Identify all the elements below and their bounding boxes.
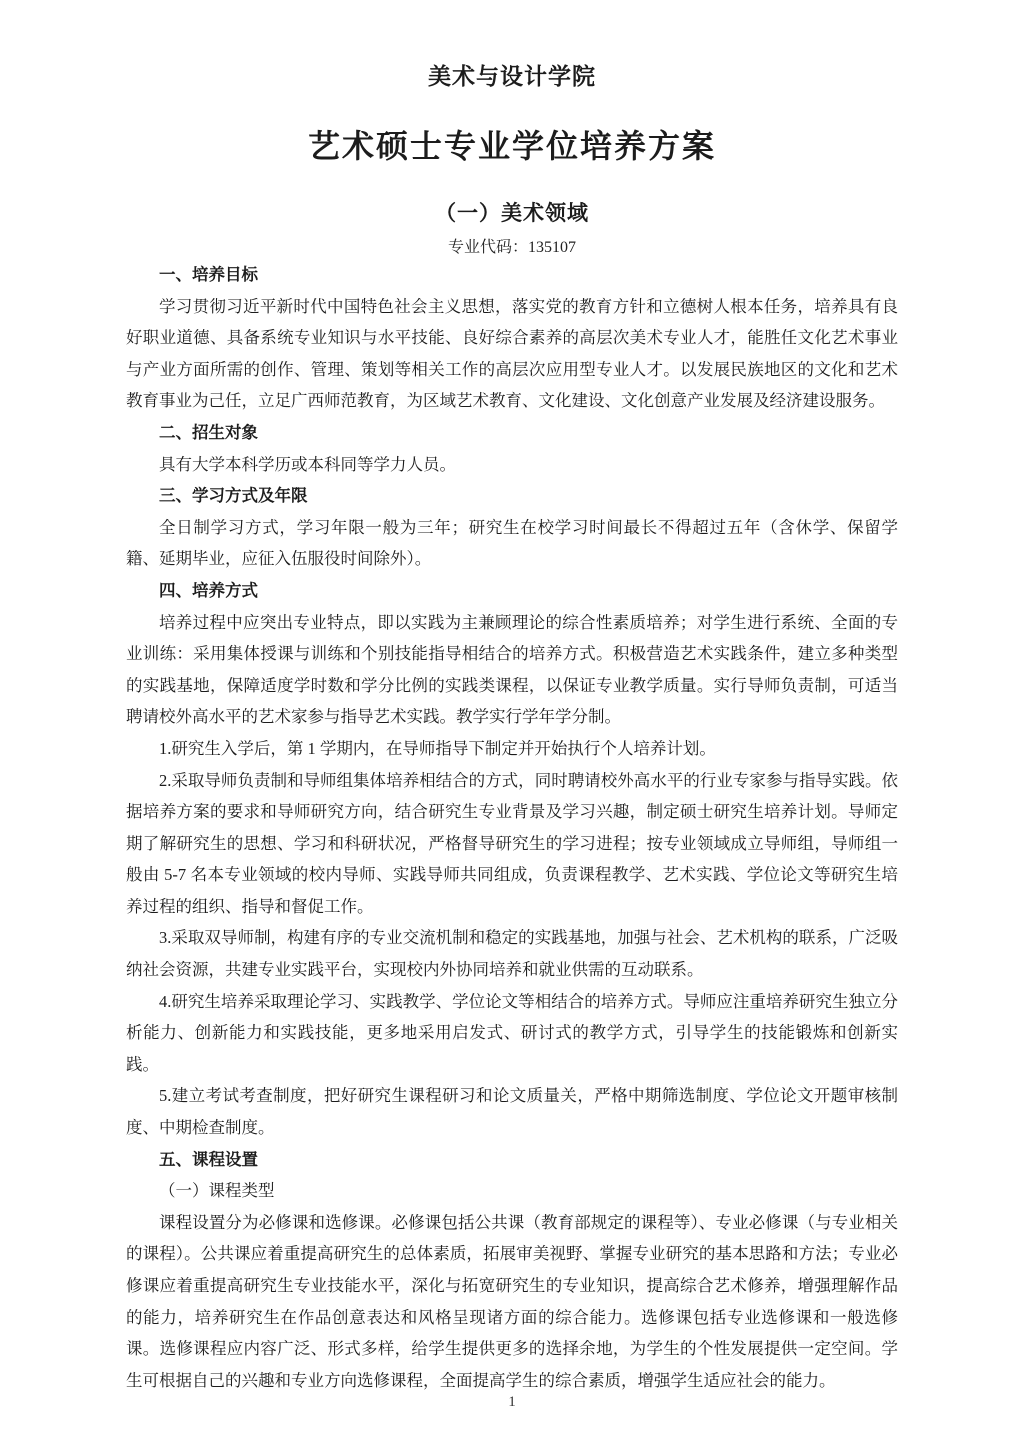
heading-curriculum: 五、课程设置 [126, 1144, 898, 1176]
heading-training-method: 四、培养方式 [126, 575, 898, 607]
para-study-mode-duration: 全日制学习方式，学习年限一般为三年；研究生在校学习时间最长不得超过五年（含休学、… [126, 512, 898, 575]
major-code: 专业代码：135107 [0, 234, 1024, 257]
para-training-method-item-2: 2.采取导师负责制和导师组集体培养相结合的方式，同时聘请校外高水平的行业专家参与… [126, 765, 898, 923]
heading-study-mode-duration: 三、学习方式及年限 [126, 480, 898, 512]
field-subtitle: （一）美术领域 [0, 197, 1024, 227]
para-enrollment-target: 具有大学本科学历或本科同等学力人员。 [126, 449, 898, 481]
para-training-method-item-3: 3.采取双导师制，构建有序的专业交流机制和稳定的实践基地，加强与社会、艺术机构的… [126, 922, 898, 985]
para-training-method-overview: 培养过程中应突出专业特点，即以实践为主兼顾理论的综合性素质培养；对学生进行系统、… [126, 607, 898, 733]
heading-training-goals: 一、培养目标 [126, 259, 898, 291]
department-header: 美术与设计学院 [0, 58, 1024, 91]
para-course-types: 课程设置分为必修课和选修课。必修课包括公共课（教育部规定的课程等）、专业必修课（… [126, 1207, 898, 1397]
para-training-method-item-1: 1.研究生入学后，第 1 学期内，在导师指导下制定并开始执行个人培养计划。 [126, 733, 898, 765]
document-page: 美术与设计学院 艺术硕士专业学位培养方案 （一）美术领域 专业代码：135107… [0, 0, 1024, 1449]
subheading-course-types: （一）课程类型 [126, 1175, 898, 1207]
para-training-goals: 学习贯彻习近平新时代中国特色社会主义思想，落实党的教育方针和立德树人根本任务，培… [126, 291, 898, 417]
heading-enrollment-target: 二、招生对象 [126, 417, 898, 449]
page-number: 1 [0, 1394, 1024, 1411]
document-title: 艺术硕士专业学位培养方案 [0, 121, 1024, 167]
document-body: 一、培养目标 学习贯彻习近平新时代中国特色社会主义思想，落实党的教育方针和立德树… [126, 259, 898, 1396]
para-training-method-item-4: 4.研究生培养采取理论学习、实践教学、学位论文等相结合的培养方式。导师应注重培养… [126, 986, 898, 1081]
para-training-method-item-5: 5.建立考试考查制度，把好研究生课程研习和论文质量关，严格中期筛选制度、学位论文… [126, 1080, 898, 1143]
